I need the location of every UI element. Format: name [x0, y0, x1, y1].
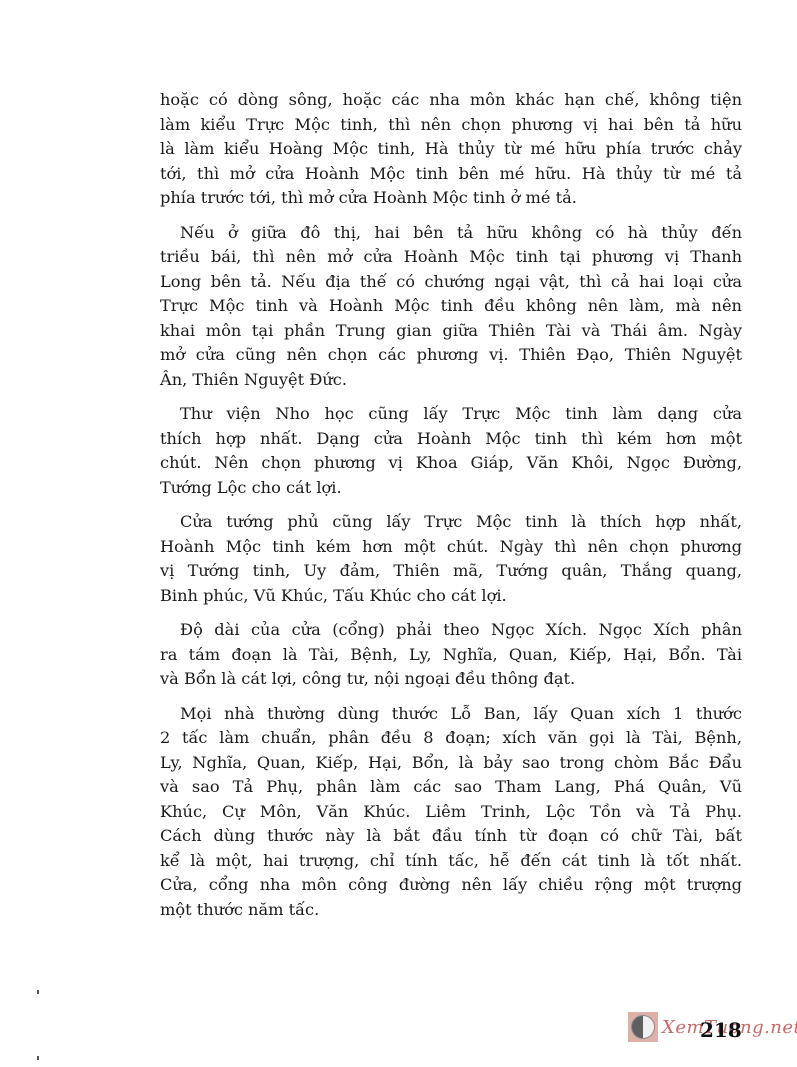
text-line: mở cửa cũng nên chọn các phương vị. Thiê… [160, 343, 742, 368]
text-line: kể là một, hai trượng, chỉ tính tấc, hễ … [160, 849, 742, 874]
paragraph: Độ dài của cửa (cổng) phải theo Ngọc Xíc… [160, 618, 742, 692]
text-line: và Bổn là cát lợi, công tư, nội ngoại đề… [160, 667, 742, 692]
text-line: Khúc, Cự Môn, Văn Khúc. Liêm Trinh, Lộc … [160, 800, 742, 825]
paragraph: Cửa tướng phủ cũng lấy Trực Mộc tinh là … [160, 510, 742, 608]
margin-mark [37, 1056, 39, 1060]
text-line: triều bái, thì nên mở cửa Hoành Mộc tinh… [160, 245, 742, 270]
paragraph: Thư viện Nho học cũng lấy Trực Mộc tinh … [160, 402, 742, 500]
text-line: tới, thì mở cửa Hoành Mộc tinh bên mé hữ… [160, 162, 742, 187]
page-number: 218 [700, 1018, 742, 1042]
text-line: vị Tướng tinh, Uy đảm, Thiên mã, Tướng q… [160, 559, 742, 584]
paragraph: hoặc có dòng sông, hoặc các nha môn khác… [160, 88, 742, 211]
text-line: chút. Nên chọn phương vị Khoa Giáp, Văn … [160, 451, 742, 476]
text-line: làm kiểu Trực Mộc tinh, thì nên chọn phư… [160, 113, 742, 138]
text-line: và sao Tả Phụ, phân làm các sao Tham Lan… [160, 775, 742, 800]
yin-yang-icon [628, 1012, 658, 1042]
paragraph: Mọi nhà thường dùng thước Lỗ Ban, lấy Qu… [160, 702, 742, 923]
text-line: Mọi nhà thường dùng thước Lỗ Ban, lấy Qu… [160, 702, 742, 727]
text-line: là làm kiểu Hoàng Mộc tinh, Hà thủy từ m… [160, 137, 742, 162]
text-line: một thước năm tấc. [160, 898, 742, 923]
text-line: Ly, Nghĩa, Quan, Kiếp, Hại, Bổn, là bảy … [160, 751, 742, 776]
document-body: hoặc có dòng sông, hoặc các nha môn khác… [160, 88, 742, 932]
paragraph: Nếu ở giữa đô thị, hai bên tả hữu không … [160, 221, 742, 393]
text-line: Nếu ở giữa đô thị, hai bên tả hữu không … [160, 221, 742, 246]
text-line: Thư viện Nho học cũng lấy Trực Mộc tinh … [160, 402, 742, 427]
text-line: Trực Mộc tinh và Hoành Mộc tinh đều khôn… [160, 294, 742, 319]
text-line: Hoành Mộc tinh kém hơn một chút. Ngày th… [160, 535, 742, 560]
text-line: khai môn tại phần Trung gian giữa Thiên … [160, 319, 742, 344]
text-line: ra tám đoạn là Tài, Bệnh, Ly, Nghĩa, Qua… [160, 643, 742, 668]
text-line: thích hợp nhất. Dạng cửa Hoành Mộc tinh … [160, 427, 742, 452]
text-line: hoặc có dòng sông, hoặc các nha môn khác… [160, 88, 742, 113]
text-line: Cửa tướng phủ cũng lấy Trực Mộc tinh là … [160, 510, 742, 535]
text-line: Cách dùng thước này là bắt đầu tính từ đ… [160, 824, 742, 849]
text-line: Binh phúc, Vũ Khúc, Tấu Khúc cho cát lợi… [160, 584, 742, 609]
text-line: Long bên tả. Nếu địa thế có chướng ngại … [160, 270, 742, 295]
margin-mark [37, 990, 39, 994]
text-line: Ân, Thiên Nguyệt Đức. [160, 368, 742, 393]
text-line: phía trước tới, thì mở cửa Hoành Mộc tin… [160, 186, 742, 211]
text-line: Cửa, cổng nha môn công đường nên lấy chi… [160, 873, 742, 898]
text-line: Tướng Lộc cho cát lợi. [160, 476, 742, 501]
text-line: 2 tấc làm chuẩn, phân đều 8 đoạn; xích v… [160, 726, 742, 751]
text-line: Độ dài của cửa (cổng) phải theo Ngọc Xíc… [160, 618, 742, 643]
